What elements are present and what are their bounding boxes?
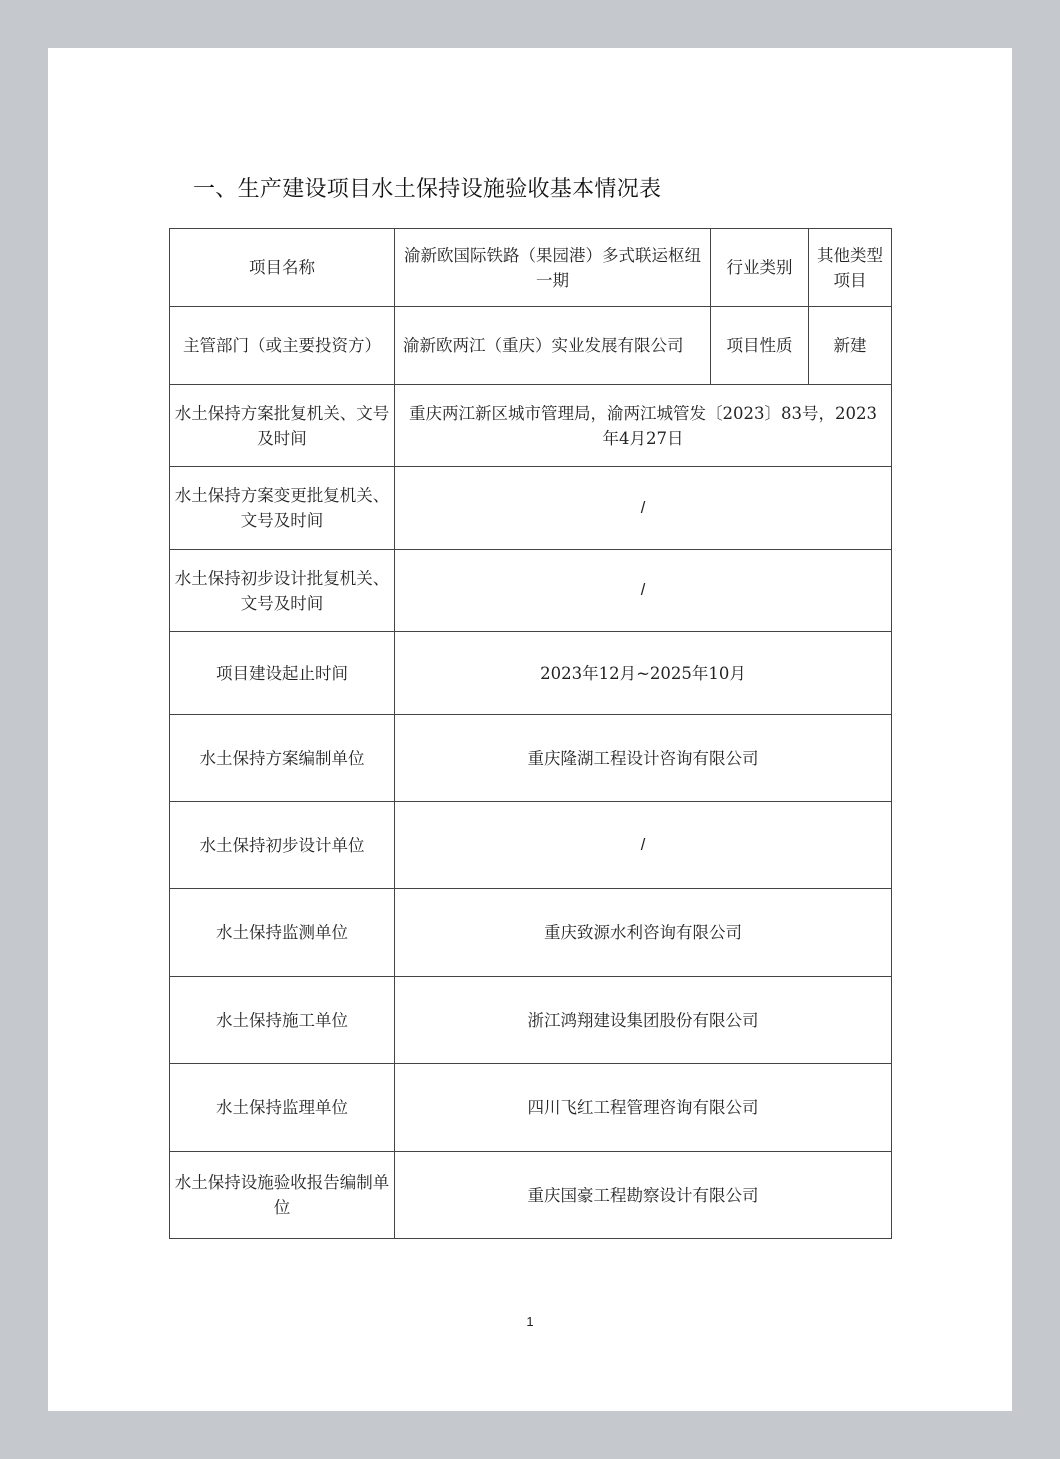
table-row: 项目建设起止时间 2023年12月~2025年10月 — [170, 632, 892, 715]
row-value: 四川飞红工程管理咨询有限公司 — [395, 1064, 892, 1152]
table-row: 水土保持施工单位 浙江鸿翔建设集团股份有限公司 — [170, 977, 892, 1064]
row-label: 水土保持初步设计批复机关、文号及时间 — [170, 550, 395, 632]
row-label: 水土保持方案批复机关、文号及时间 — [170, 385, 395, 467]
authority-value: 渝新欧两江（重庆）实业发展有限公司 — [395, 307, 711, 385]
row-value: 重庆国豪工程勘察设计有限公司 — [395, 1152, 892, 1239]
authority-label: 主管部门（或主要投资方） — [170, 307, 395, 385]
project-name-label: 项目名称 — [170, 229, 395, 307]
row-value: 浙江鸿翔建设集团股份有限公司 — [395, 977, 892, 1064]
acceptance-info-table: 项目名称 渝新欧国际铁路（果园港）多式联运枢纽一期 行业类别 其他类型项目 主管… — [169, 228, 892, 1239]
table-row: 水土保持方案编制单位 重庆隆湖工程设计咨询有限公司 — [170, 715, 892, 802]
table-row: 水土保持方案批复机关、文号及时间 重庆两江新区城市管理局，渝两江城管发〔2023… — [170, 385, 892, 467]
table-row: 水土保持监理单位 四川飞红工程管理咨询有限公司 — [170, 1064, 892, 1152]
row-value: / — [395, 467, 892, 550]
table-row: 水土保持初步设计单位 / — [170, 802, 892, 889]
row-label: 水土保持监理单位 — [170, 1064, 395, 1152]
row-value: 重庆致源水利咨询有限公司 — [395, 889, 892, 977]
document-title: 一、生产建设项目水土保持设施验收基本情况表 — [193, 172, 661, 203]
project-name-value: 渝新欧国际铁路（果园港）多式联运枢纽一期 — [395, 229, 711, 307]
industry-category-label: 行业类别 — [711, 229, 809, 307]
row-value: / — [395, 550, 892, 632]
row-label: 水土保持设施验收报告编制单位 — [170, 1152, 395, 1239]
row-value: / — [395, 802, 892, 889]
table-row: 水土保持方案变更批复机关、文号及时间 / — [170, 467, 892, 550]
project-nature-label: 项目性质 — [711, 307, 809, 385]
row-label: 水土保持初步设计单位 — [170, 802, 395, 889]
page-number: 1 — [48, 1314, 1012, 1329]
row-label: 水土保持施工单位 — [170, 977, 395, 1064]
document-page: 一、生产建设项目水土保持设施验收基本情况表 项目名称 渝新欧国际铁路（果园港）多… — [48, 48, 1012, 1411]
row-label: 项目建设起止时间 — [170, 632, 395, 715]
table-row: 水土保持监测单位 重庆致源水利咨询有限公司 — [170, 889, 892, 977]
row-value: 重庆隆湖工程设计咨询有限公司 — [395, 715, 892, 802]
table-row: 主管部门（或主要投资方） 渝新欧两江（重庆）实业发展有限公司 项目性质 新建 — [170, 307, 892, 385]
row-label: 水土保持方案变更批复机关、文号及时间 — [170, 467, 395, 550]
row-value: 重庆两江新区城市管理局，渝两江城管发〔2023〕83号，2023年4月27日 — [395, 385, 892, 467]
table-row: 水土保持初步设计批复机关、文号及时间 / — [170, 550, 892, 632]
row-label: 水土保持监测单位 — [170, 889, 395, 977]
row-label: 水土保持方案编制单位 — [170, 715, 395, 802]
row-value: 2023年12月~2025年10月 — [395, 632, 892, 715]
industry-category-value: 其他类型项目 — [809, 229, 892, 307]
table-row: 水土保持设施验收报告编制单位 重庆国豪工程勘察设计有限公司 — [170, 1152, 892, 1239]
table-row: 项目名称 渝新欧国际铁路（果园港）多式联运枢纽一期 行业类别 其他类型项目 — [170, 229, 892, 307]
project-nature-value: 新建 — [809, 307, 892, 385]
